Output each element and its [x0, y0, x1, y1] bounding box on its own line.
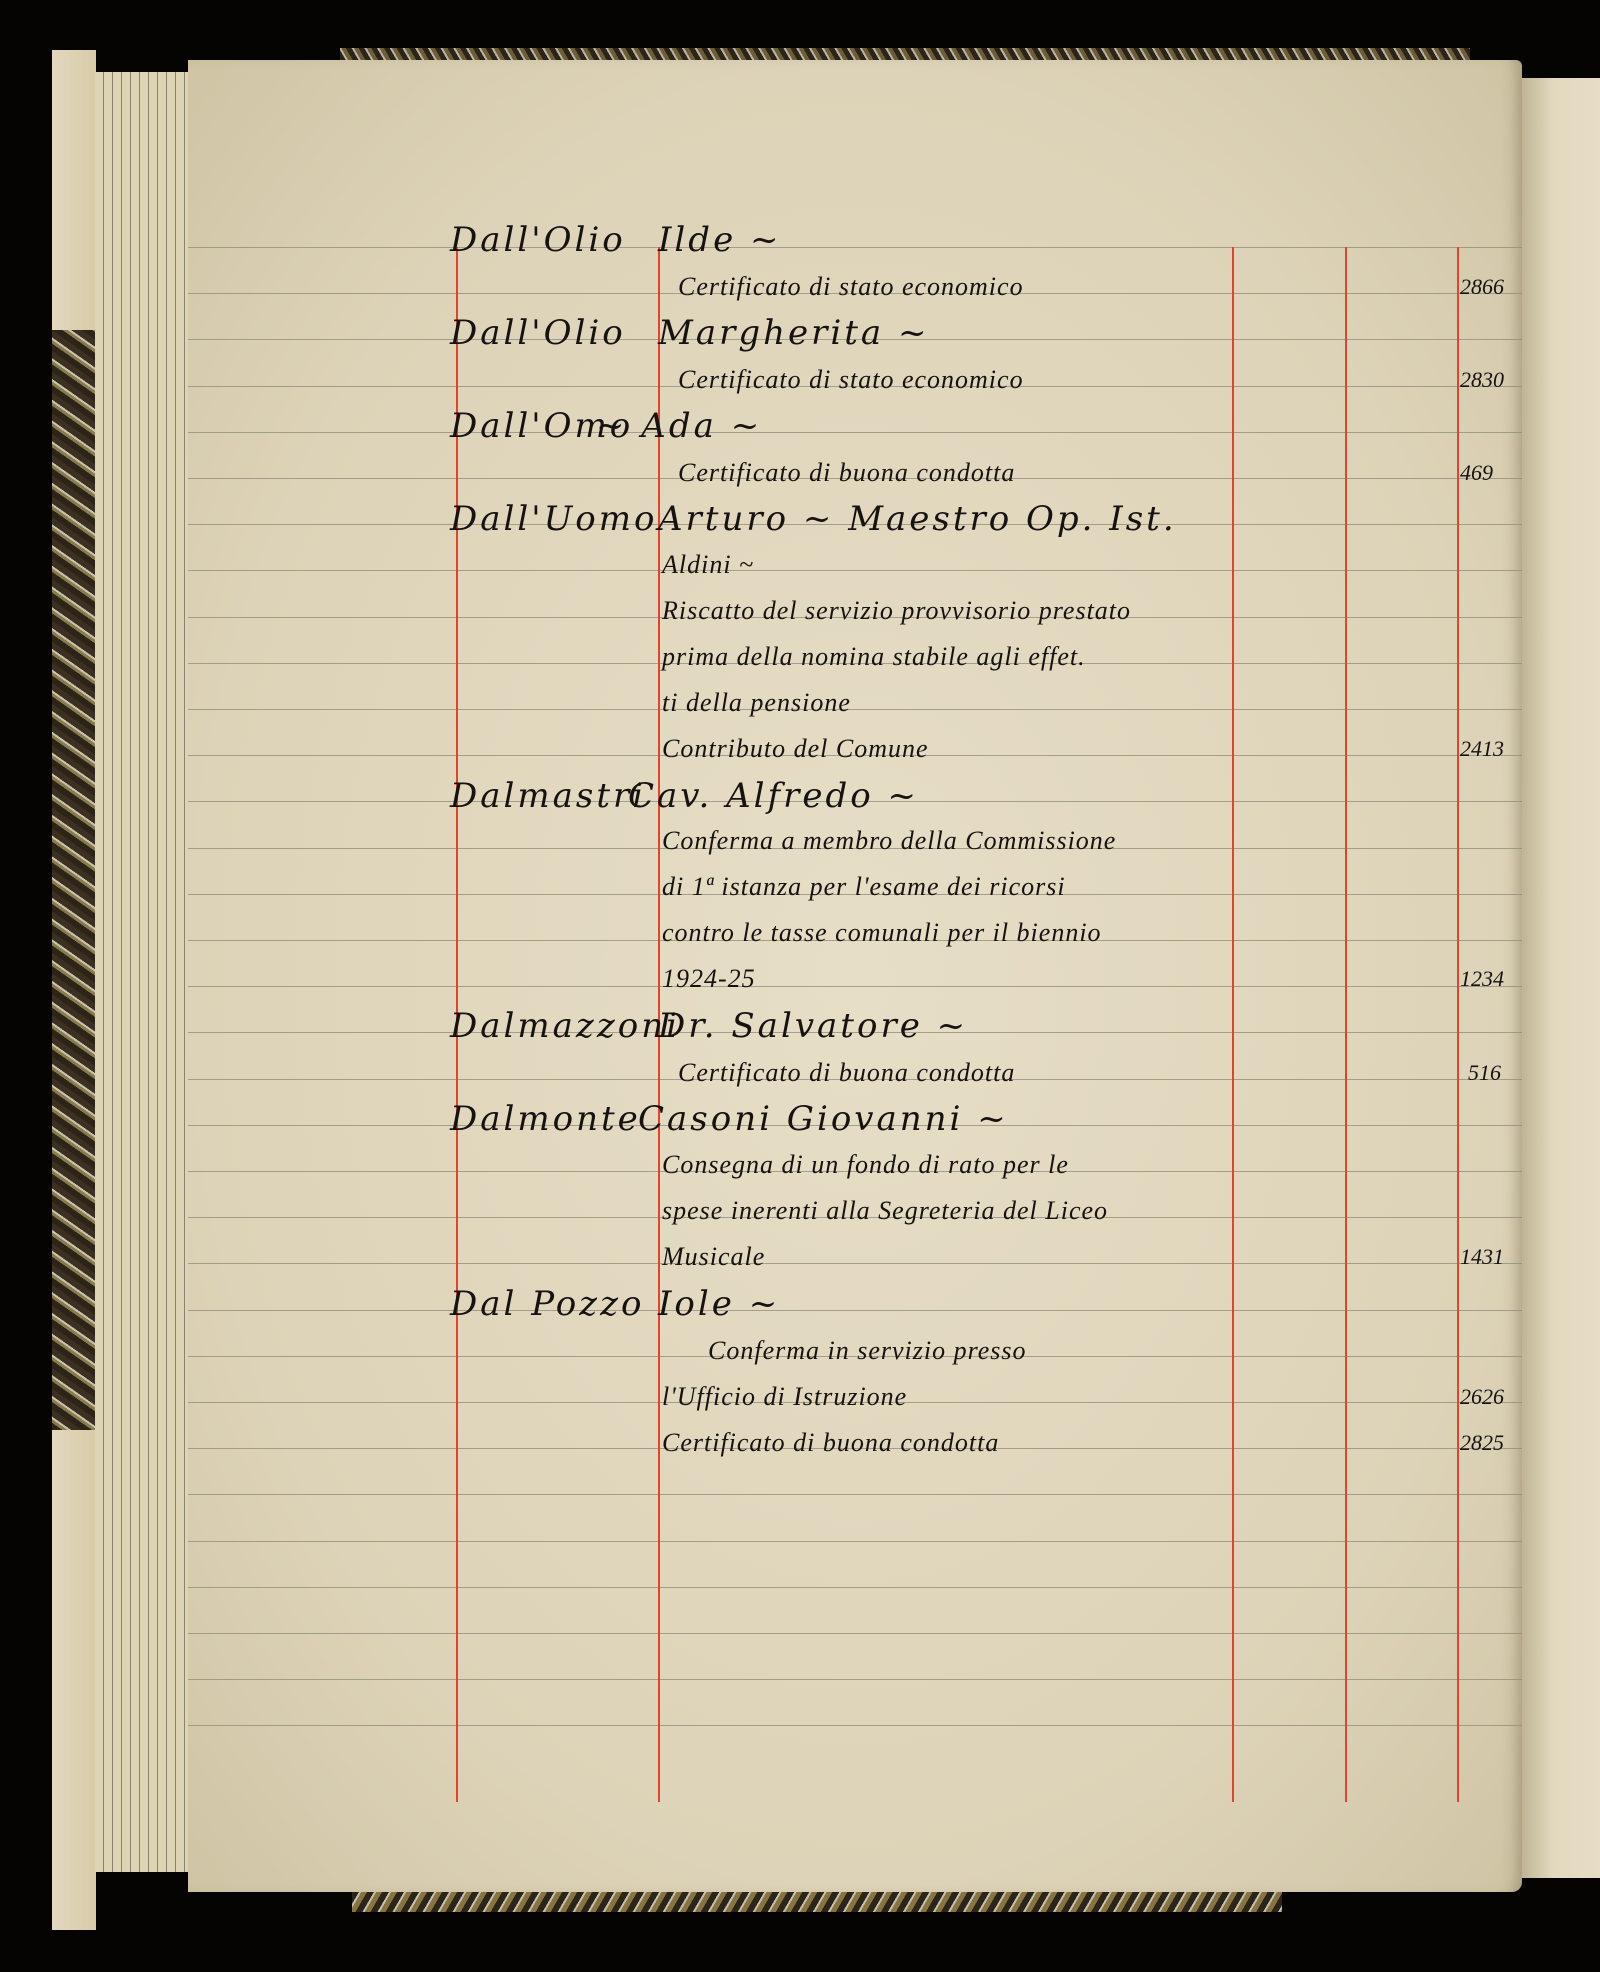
red-rule-col3: [1232, 247, 1234, 1802]
entry-given-name: ~ Ada ~: [596, 406, 762, 446]
entry-surname: Dall'Olio: [450, 220, 626, 260]
ruled-line: [188, 1587, 1522, 1588]
ruled-line: [188, 1633, 1522, 1634]
red-rule-number: [1457, 247, 1459, 1802]
protocol-number: 2830: [1460, 367, 1504, 393]
entry-given-name: Cav. Alfredo ~: [628, 776, 919, 816]
protocol-number: 1234: [1460, 966, 1504, 992]
protocol-number: 469: [1460, 460, 1493, 486]
entry-description: prima della nomina stabile agli effet.: [662, 642, 1086, 672]
entry-surname: Dall'Olio: [450, 313, 626, 353]
protocol-number: 2825: [1460, 1430, 1504, 1456]
ruled-line: [188, 570, 1522, 571]
entry-description: Musicale: [662, 1242, 765, 1272]
protocol-number: 2626: [1460, 1384, 1504, 1410]
entry-surname: Dal Pozzo: [450, 1284, 644, 1324]
entry-description: 1924-25: [662, 964, 756, 994]
entry-given-name: Ilde ~: [658, 220, 782, 260]
ledger-page: Dall'Olio Ilde ~ Certificato di stato ec…: [188, 60, 1522, 1892]
entry-surname: Dalmazzoni: [450, 1006, 680, 1046]
entry-given-name: Casoni Giovanni ~: [638, 1099, 1009, 1139]
ruled-line: [188, 1310, 1522, 1311]
entry-given-name: Dr. Salvatore ~: [658, 1006, 968, 1046]
entry-description: l'Ufficio di Istruzione: [662, 1382, 907, 1412]
ruled-line: [188, 1725, 1522, 1726]
ruled-line: [188, 986, 1522, 987]
page-stack-edges: [95, 72, 195, 1872]
ruled-line: [188, 1541, 1522, 1542]
entry-description: Conferma in servizio presso: [708, 1336, 1027, 1366]
entry-description: Certificato di buona condotta: [662, 1428, 999, 1458]
entry-description: Certificato di stato economico: [678, 272, 1024, 302]
ruled-line: [188, 1679, 1522, 1680]
ruled-line: [188, 247, 1522, 248]
entry-description: contro le tasse comunali per il biennio: [662, 918, 1102, 948]
ruled-line: [188, 709, 1522, 710]
entry-description: ti della pensione: [662, 688, 851, 718]
red-rule-col4: [1345, 247, 1347, 1802]
marbled-cover-top: [340, 48, 1470, 60]
entry-description: Certificato di buona condotta: [678, 1058, 1015, 1088]
entry-surname: Dall'Uomo: [450, 499, 657, 539]
entry-surname: Dalmastri: [450, 776, 646, 816]
entry-description: spese inerenti alla Segreteria del Liceo: [662, 1196, 1108, 1226]
entry-description: Contributo del Comune: [662, 734, 929, 764]
ruled-line: [188, 432, 1522, 433]
protocol-number: 516: [1468, 1060, 1501, 1086]
entry-surname: Dalmonte: [450, 1099, 641, 1139]
entry-given-name: Arturo ~ Maestro Op. Ist.: [658, 499, 1177, 539]
entry-given-name: Margherita ~: [658, 313, 929, 353]
protocol-number: 1431: [1460, 1244, 1504, 1270]
ruled-line: [188, 1263, 1522, 1264]
entry-description: Consegna di un fondo di rato per le: [662, 1150, 1069, 1180]
ruled-line: [188, 1494, 1522, 1495]
entry-description: Riscatto del servizio provvisorio presta…: [662, 596, 1131, 626]
entry-description: Aldini ~: [662, 550, 754, 580]
entry-description: Certificato di stato economico: [678, 365, 1024, 395]
protocol-number: 2866: [1460, 274, 1504, 300]
marbled-cover-bottom: [352, 1892, 1282, 1912]
facing-page: [1522, 78, 1600, 1878]
entry-description: di 1ª istanza per l'esame dei ricorsi: [662, 872, 1066, 902]
entry-given-name: Iole ~: [658, 1284, 780, 1324]
entry-description: Conferma a membro della Commissione: [662, 826, 1116, 856]
entry-description: Certificato di buona condotta: [678, 458, 1015, 488]
marbled-cover-left: [52, 330, 96, 1430]
protocol-number: 2413: [1460, 736, 1504, 762]
